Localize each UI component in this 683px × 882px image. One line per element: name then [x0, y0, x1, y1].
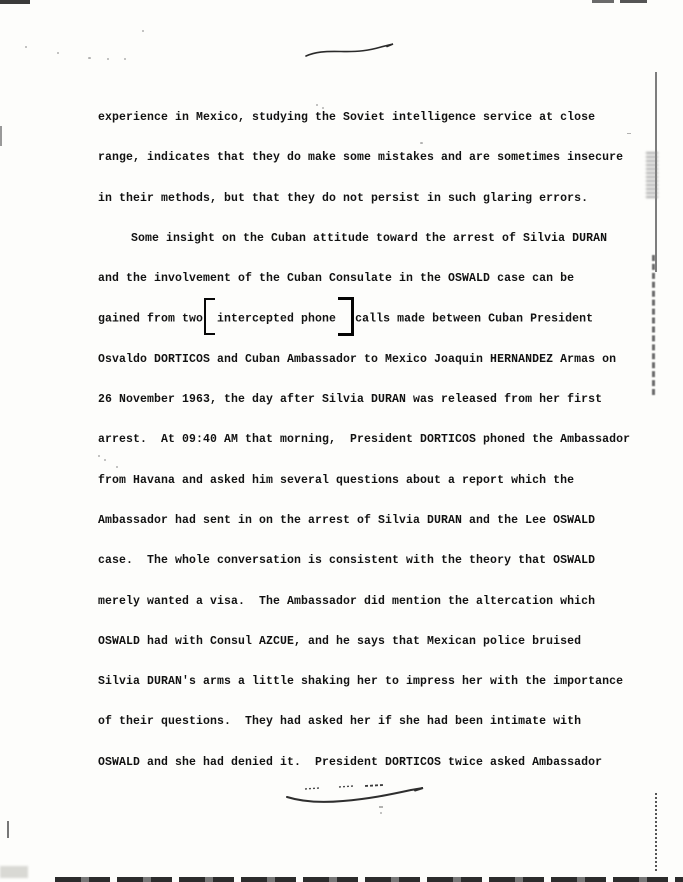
text-line: Osvaldo DORTICOS and Cuban Ambassador to…	[98, 340, 638, 380]
text-line: of their questions. They had asked her i…	[98, 702, 638, 742]
scan-speck	[107, 58, 109, 60]
text-segment: gained from two	[98, 313, 203, 326]
scan-speck	[380, 812, 382, 814]
scan-edge-mark	[0, 126, 2, 146]
text-line: and the involvement of the Cuban Consula…	[98, 259, 638, 299]
text-line: arrest. At 09:40 AM that morning, Presid…	[98, 420, 638, 460]
scan-speck	[57, 52, 59, 54]
scan-smudge	[646, 150, 658, 198]
text-line: in their methods, but that they do not p…	[98, 179, 638, 219]
text-line: experience in Mexico, studying the Sovie…	[98, 98, 638, 138]
text-line: 26 November 1963, the day after Silvia D…	[98, 380, 638, 420]
bracketed-phrase: intercepted phone	[217, 313, 336, 326]
text-segment: calls made between Cuban President	[355, 313, 593, 326]
text-line: range, indicates that they do make some …	[98, 138, 638, 178]
text-line: OSWALD had with Consul AZCUE, and he say…	[98, 622, 638, 662]
text-line: OSWALD and she had denied it. President …	[98, 743, 638, 783]
scan-edge-bar	[0, 0, 30, 4]
scan-speck	[142, 30, 144, 32]
scan-bottom-edge-band	[55, 877, 683, 882]
handwritten-scribble-bottom	[283, 780, 433, 812]
typed-text-block: experience in Mexico, studying the Sovie…	[98, 98, 638, 783]
scan-edge-dash	[592, 0, 614, 3]
document-page: experience in Mexico, studying the Sovie…	[0, 0, 683, 882]
handwritten-scribble-top	[303, 40, 398, 62]
scan-speck	[25, 46, 27, 48]
scan-fold-line-ticks	[652, 255, 655, 395]
scan-speck	[124, 58, 126, 60]
hand-drawn-right-bracket	[338, 297, 354, 336]
text-line: Silvia DURAN's arms a little shaking her…	[98, 662, 638, 702]
scan-fold-line-lower	[655, 793, 657, 871]
scan-speck	[88, 57, 91, 59]
text-line: merely wanted a visa. The Ambassador did…	[98, 582, 638, 622]
text-line-with-brackets: gained from twointercepted phonecalls ma…	[98, 299, 638, 339]
text-line: Ambassador had sent in on the arrest of …	[98, 501, 638, 541]
text-line: case. The whole conversation is consiste…	[98, 541, 638, 581]
scan-edge-dash	[620, 0, 647, 3]
scan-smudge	[0, 866, 28, 878]
text-line: from Havana and asked him several questi…	[98, 461, 638, 501]
hand-drawn-left-bracket	[204, 298, 215, 335]
scan-edge-mark	[7, 821, 9, 838]
paragraph-start-line: Some insight on the Cuban attitude towar…	[98, 219, 638, 259]
